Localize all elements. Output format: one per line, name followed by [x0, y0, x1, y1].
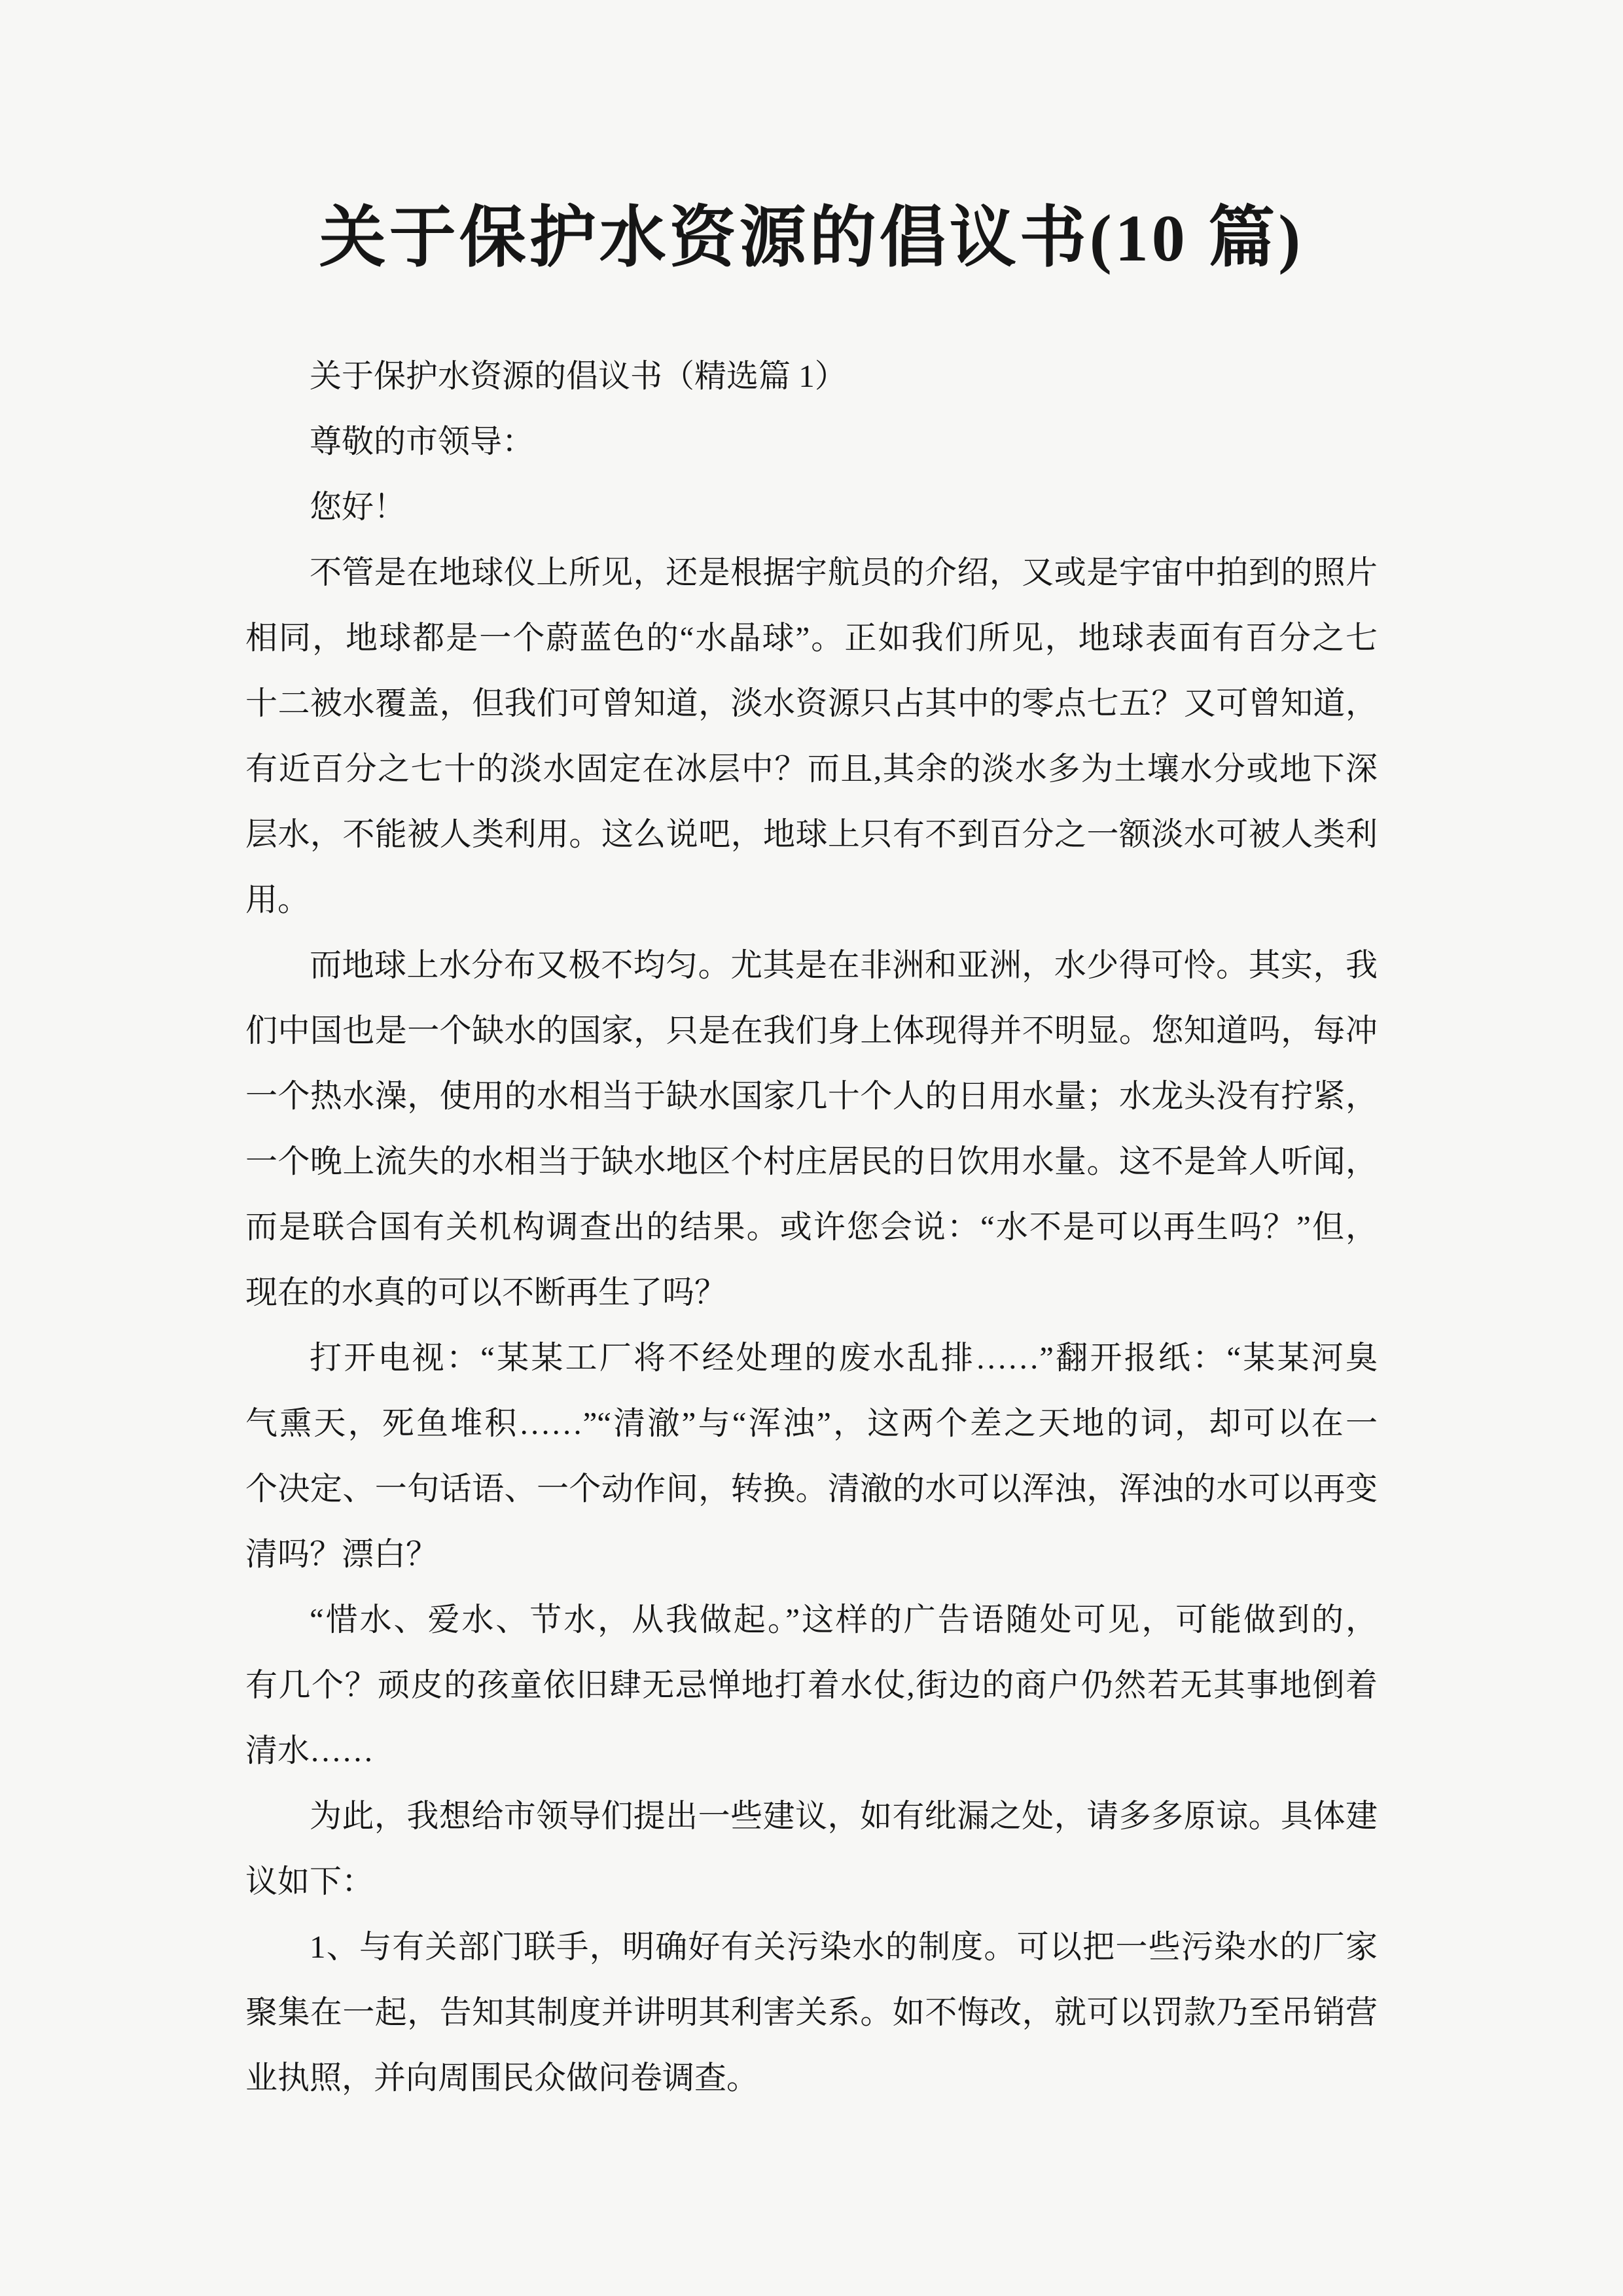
body-line: 1、与有关部门联手，明确好有关污染水的制度。可以把一些污染水的厂家	[245, 1914, 1378, 1980]
body-line: 一个晚上流失的水相当于缺水地区个村庄居民的日饮用水量。这不是耸人听闻，	[245, 1129, 1378, 1194]
body-line: 您好！	[245, 475, 1378, 540]
body-line: 业执照，并向周围民众做问卷调查。	[245, 2045, 1378, 2111]
body-line: 而地球上水分布又极不均匀。尤其是在非洲和亚洲，水少得可怜。其实，我	[245, 933, 1378, 998]
body-line: 不管是在地球仪上所见，还是根据宇航员的介绍，又或是宇宙中拍到的照片	[245, 540, 1378, 605]
body-line: 用。	[245, 867, 1378, 933]
document-page: 关于保护水资源的倡议书(10 篇) 关于保护水资源的倡议书（精选篇 1）尊敬的市…	[0, 0, 1623, 2296]
body-line: 十二被水覆盖，但我们可曾知道，淡水资源只占其中的零点七五？又可曾知道，	[245, 671, 1378, 736]
document-title: 关于保护水资源的倡议书(10 篇)	[245, 190, 1378, 288]
body-line: 有几个？顽皮的孩童依旧肆无忌惮地打着水仗,街边的商户仍然若无其事地倒着	[245, 1653, 1378, 1718]
body-line: 聚集在一起，告知其制度并讲明其利害关系。如不悔改，就可以罚款乃至吊销营	[245, 1980, 1378, 2045]
body-line: “惜水、爱水、节水，从我做起。”这样的广告语随处可见，可能做到的，	[245, 1587, 1378, 1653]
body-line: 们中国也是一个缺水的国家，只是在我们身上体现得并不明显。您知道吗，每冲	[245, 998, 1378, 1064]
body-line: 现在的水真的可以不断再生了吗？	[245, 1260, 1378, 1325]
body-line: 个决定、一句话语、一个动作间，转换。清澈的水可以浑浊，浑浊的水可以再变	[245, 1456, 1378, 1522]
body-line: 清吗？漂白？	[245, 1522, 1378, 1587]
body-line: 打开电视：“某某工厂将不经处理的废水乱排……”翻开报纸：“某某河臭	[245, 1325, 1378, 1391]
document-body: 关于保护水资源的倡议书（精选篇 1）尊敬的市领导：您好！不管是在地球仪上所见，还…	[245, 344, 1378, 2111]
body-line: 有近百分之七十的淡水固定在冰层中？而且,其余的淡水多为土壤水分或地下深	[245, 736, 1378, 802]
body-line: 议如下：	[245, 1849, 1378, 1914]
body-line: 为此，我想给市领导们提出一些建议，如有纰漏之处，请多多原谅。具体建	[245, 1784, 1378, 1849]
body-line: 相同，地球都是一个蔚蓝色的“水晶球”。正如我们所见，地球表面有百分之七	[245, 605, 1378, 671]
body-line: 清水……	[245, 1718, 1378, 1784]
body-line: 气熏天，死鱼堆积……”“清澈”与“浑浊”，这两个差之天地的词，却可以在一	[245, 1391, 1378, 1456]
body-line: 而是联合国有关机构调查出的结果。或许您会说：“水不是可以再生吗？”但，	[245, 1194, 1378, 1260]
body-line: 尊敬的市领导：	[245, 409, 1378, 475]
body-line: 关于保护水资源的倡议书（精选篇 1）	[245, 344, 1378, 409]
body-line: 一个热水澡，使用的水相当于缺水国家几十个人的日用水量；水龙头没有拧紧，	[245, 1064, 1378, 1129]
body-line: 层水，不能被人类利用。这么说吧，地球上只有不到百分之一额淡水可被人类利	[245, 802, 1378, 867]
